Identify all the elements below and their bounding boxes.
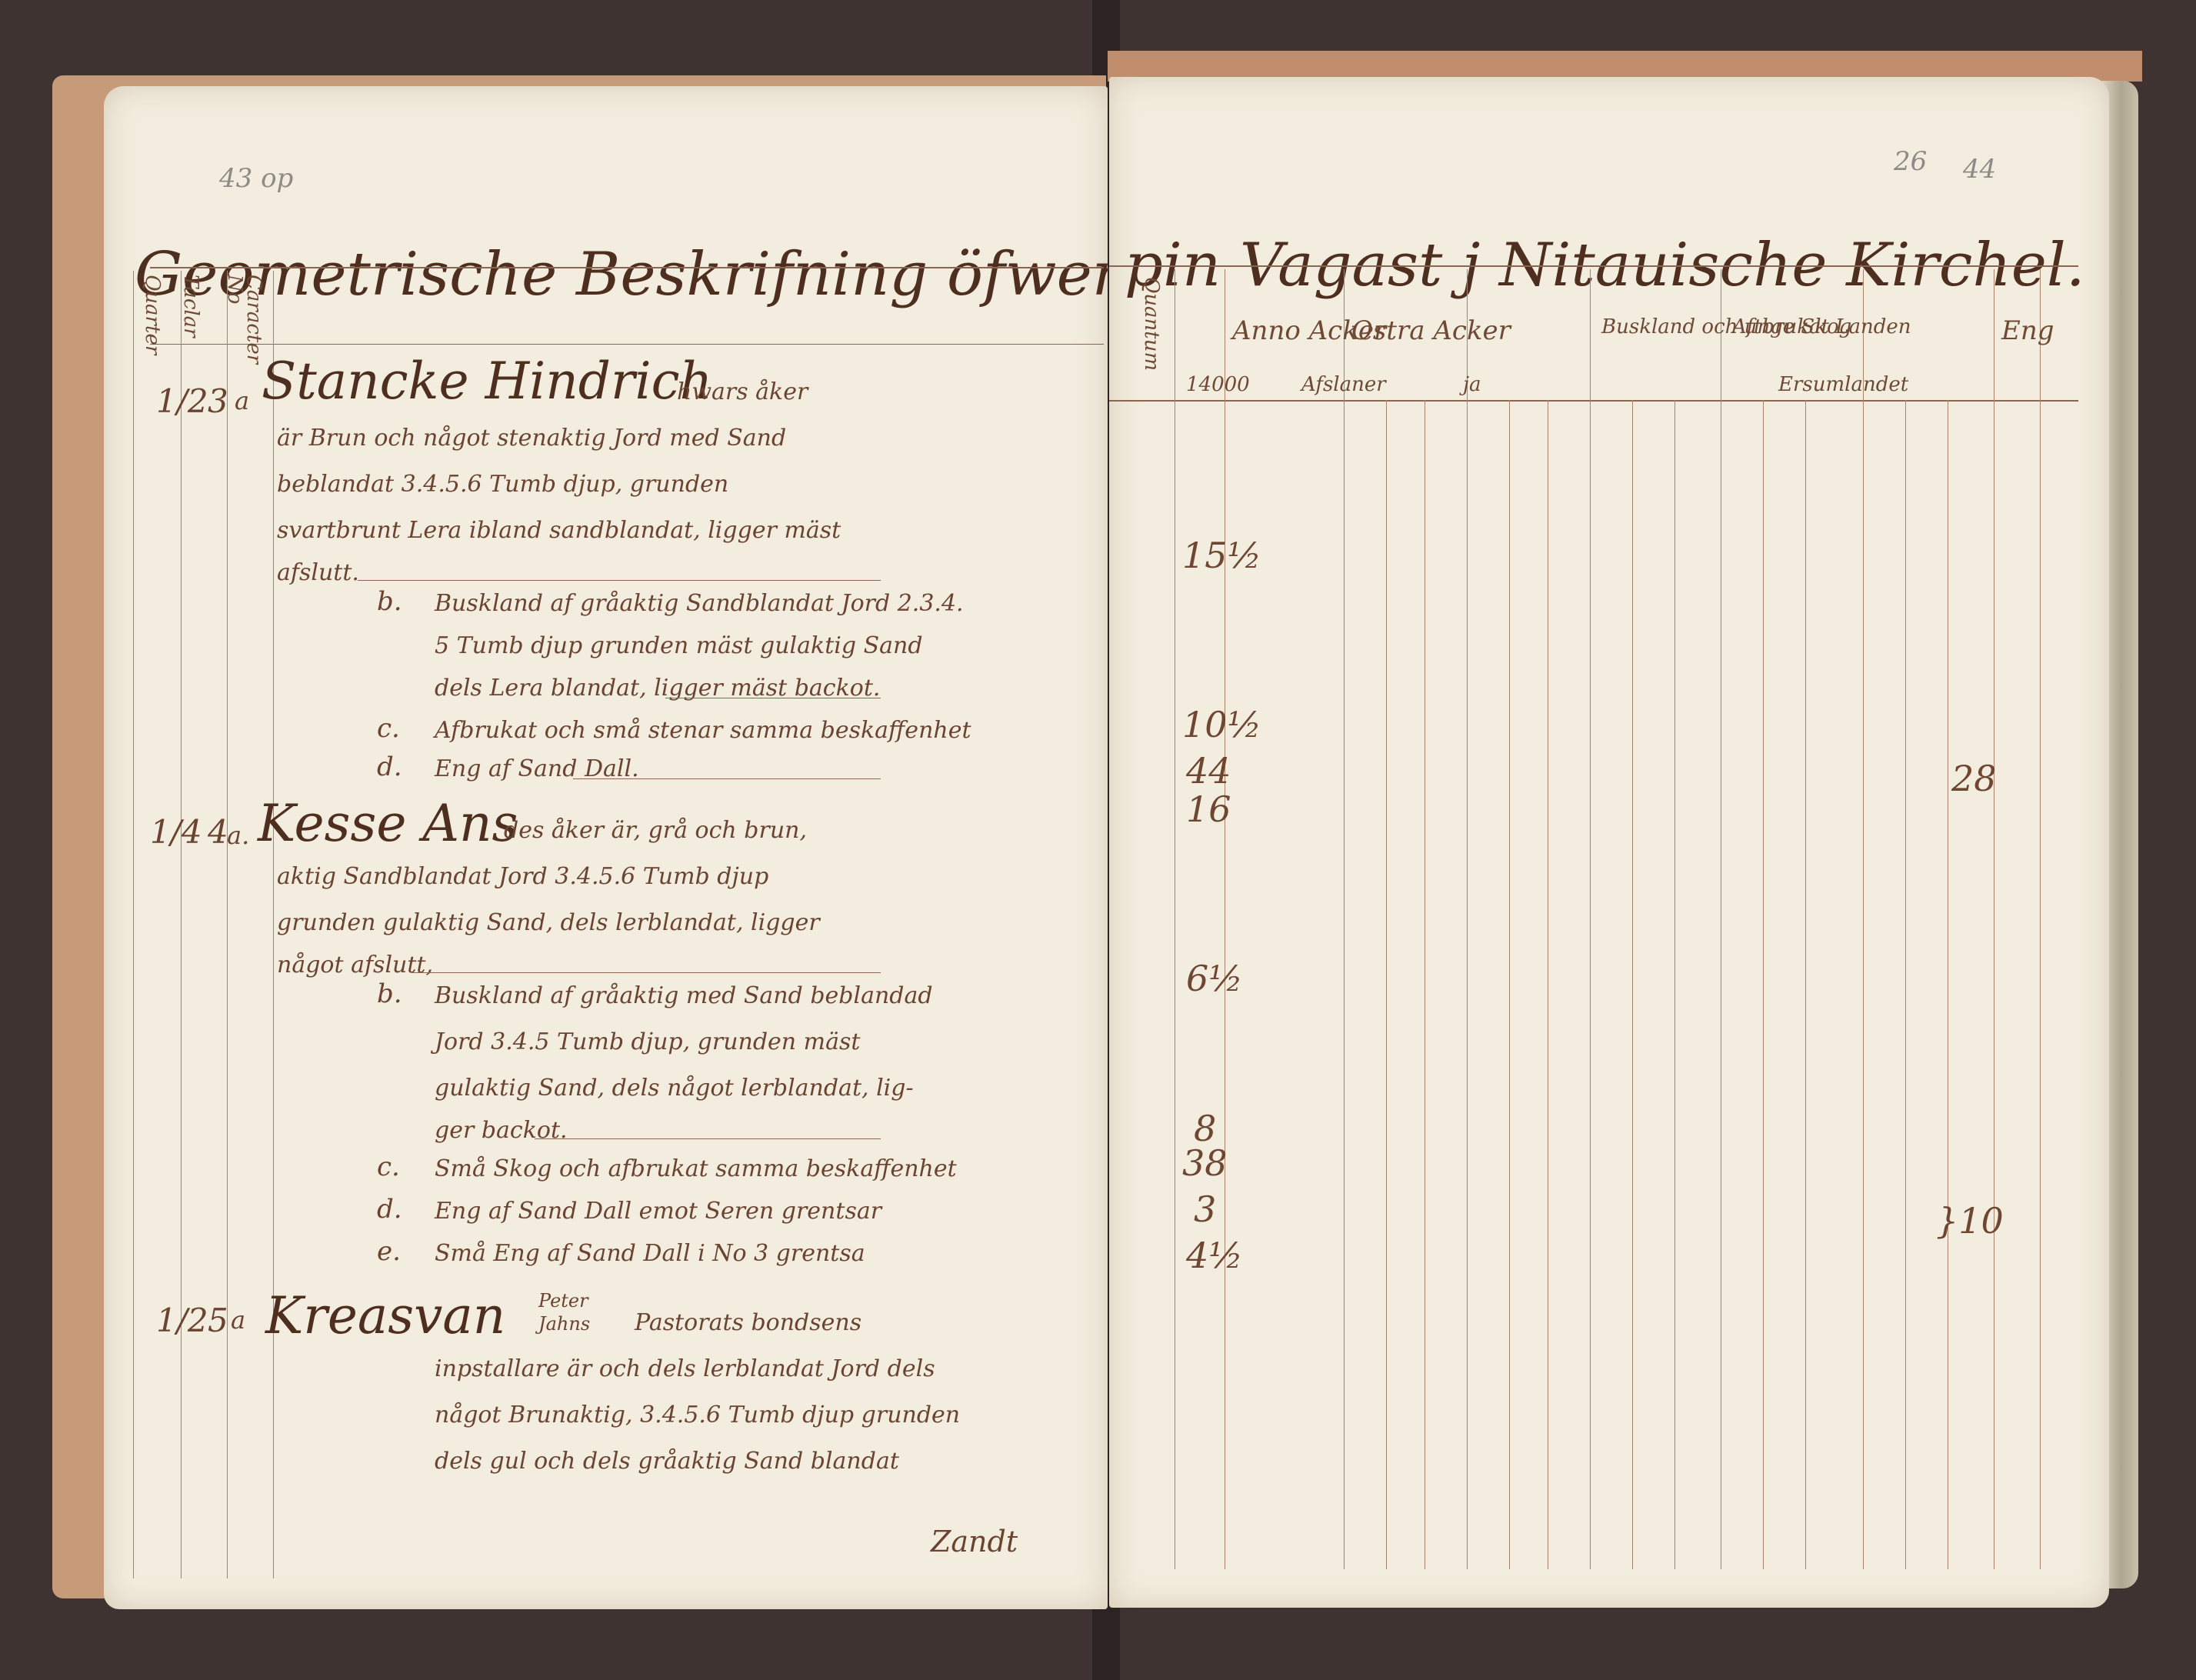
header-rule <box>150 344 1104 345</box>
column-header-ostra-acker: Ostra Acker <box>1351 315 1511 346</box>
entry-text: beblandat 3.4.5.6 Tumb djup, grunden <box>277 471 728 498</box>
entry-text: Buskland af gråaktig med Sand beblandad <box>435 982 933 1009</box>
column-line <box>1994 269 1994 1569</box>
entry-letter: a <box>231 1305 245 1335</box>
bracket-name: Peter <box>538 1290 588 1312</box>
owner-name: Kesse Ans <box>258 794 518 853</box>
entry-text: ger backot. <box>435 1117 568 1144</box>
quantum-value: 44 <box>1186 750 1231 792</box>
left-page: 43 op Geometrische Beskrifning öfwer Kap… <box>104 86 1108 1609</box>
entry-letter: b. <box>377 586 402 617</box>
entry-text: inpstallare är och dels lerblandat Jord … <box>435 1355 935 1382</box>
quantum-value: 6½ <box>1186 958 1243 999</box>
entry-text: Afbrukat och små stenar samma beskaffenh… <box>435 717 971 744</box>
column-line <box>1721 269 1721 1569</box>
column-subheader: Afslaner <box>1301 373 1386 396</box>
entry-letter: c. <box>377 713 400 744</box>
owner-name: Kreasvan <box>265 1286 505 1345</box>
owner-name: Stancke Hindrich <box>262 352 712 411</box>
column-line <box>1425 400 1425 1569</box>
entry-text: des åker är, grå och brun, <box>504 817 807 844</box>
column-line <box>1905 400 1906 1569</box>
column-header-taclar: Taclar <box>179 275 202 338</box>
signature: Zandt <box>931 1525 1018 1558</box>
quantum-value: 38 <box>1182 1142 1228 1184</box>
title-rule <box>150 267 1104 268</box>
page-title: Geometrische Beskrifning öfwer Kap- <box>135 240 1279 309</box>
column-subheader: 14000 <box>1186 373 1250 396</box>
column-line <box>1863 269 1864 1569</box>
column-header-quarter: Quarter <box>141 275 164 355</box>
eng-value: 28 <box>1951 758 1997 799</box>
entry-text: är Brun och något stenaktig Jord med San… <box>277 425 786 452</box>
column-line <box>181 271 182 1578</box>
entry-text: något Brunaktig, 3.4.5.6 Tumb djup grund… <box>435 1402 960 1428</box>
entry-text: Pastorats bondsens <box>635 1309 861 1336</box>
column-line <box>1344 269 1345 1569</box>
entry-fraction: 1/2 <box>156 1302 208 1339</box>
column-line <box>1509 400 1510 1569</box>
column-line <box>1805 400 1806 1569</box>
column-header-eng: Eng <box>2001 315 2054 346</box>
entry-rule <box>573 778 881 779</box>
entry-text: gulaktig Sand, dels något lerblandat, li… <box>435 1075 914 1102</box>
pencil-folio: 44 <box>1963 154 1996 185</box>
entry-text: afslutt. <box>277 559 359 586</box>
entry-letter: e. <box>377 1236 401 1267</box>
pencil-folio: 26 <box>1894 146 1927 177</box>
entry-fraction: 1/2 <box>156 382 208 420</box>
entry-number: 5 <box>208 1302 228 1339</box>
entry-text: dels gul och dels gråaktig Sand blandat <box>435 1448 899 1475</box>
entry-text: aktig Sandblandat Jord 3.4.5.6 Tumb djup <box>277 863 768 890</box>
column-subheader: ja <box>1463 373 1481 396</box>
column-line <box>1175 269 1175 1569</box>
entry-text: svartbrunt Lera ibland sandblandat, ligg… <box>277 517 841 544</box>
entry-text: 5 Tumb djup grunden mäst gulaktig Sand <box>435 632 923 659</box>
eng-value: }10 <box>1936 1200 2004 1242</box>
header-rule <box>1109 400 2078 402</box>
column-line <box>1632 400 1633 1569</box>
column-line <box>1386 400 1387 1569</box>
entry-rule <box>535 1138 881 1139</box>
entry-number: 4 <box>208 813 228 851</box>
entry-letter: d. <box>377 752 402 782</box>
column-header-aftbrukat: Aftbrukat Landen <box>1732 315 1911 338</box>
bracket-name: Jahns <box>538 1313 590 1335</box>
entry-text: Jord 3.4.5 Tumb djup, grunden mäst <box>435 1028 860 1055</box>
entry-letter: c. <box>377 1152 400 1182</box>
entry-text: hwars åker <box>677 378 808 405</box>
column-line <box>1225 269 1225 1569</box>
entry-text: något afslutt, <box>277 952 433 978</box>
quantum-value: 16 <box>1186 788 1231 830</box>
entry-text: Små Skog och afbrukat samma beskaffenhet <box>435 1155 957 1182</box>
column-line <box>1548 400 1548 1569</box>
entry-rule <box>412 972 881 973</box>
column-header-caracter: Caracter <box>242 275 265 364</box>
entry-letter: a. <box>227 821 249 850</box>
entry-rule <box>358 580 881 581</box>
entry-fraction: 1/4 <box>150 813 202 851</box>
title-rule <box>1109 265 2078 267</box>
column-line <box>2040 269 2041 1569</box>
entry-number: 3 <box>208 382 228 420</box>
margin-line <box>133 271 134 1578</box>
column-line <box>1467 269 1468 1569</box>
column-line <box>1763 400 1764 1569</box>
entry-text: Buskland af gråaktig Sandblandat Jord 2.… <box>435 590 964 617</box>
quantum-value: 15½ <box>1182 535 1261 576</box>
column-line <box>227 271 228 1578</box>
quantum-value: 10½ <box>1182 704 1261 745</box>
entry-text: Eng af Sand Dall emot Seren grentsar <box>435 1198 881 1225</box>
column-subheader: Ersumlandet <box>1778 373 1908 396</box>
entry-letter: d. <box>377 1194 402 1225</box>
pencil-folio: 43 op <box>219 163 293 194</box>
quantum-value: 3 <box>1194 1188 1216 1230</box>
column-line <box>1948 400 1948 1569</box>
column-line <box>1590 269 1591 1569</box>
column-line <box>273 271 274 1578</box>
quantum-value: 4½ <box>1186 1235 1243 1276</box>
entry-letter: b. <box>377 978 402 1009</box>
column-line <box>1674 400 1675 1569</box>
entry-rule <box>665 698 881 698</box>
right-page: 26 44 pin Vagast j Nitauische Kirchel. Q… <box>1109 77 2109 1608</box>
entry-letter: a <box>235 386 249 415</box>
entry-text: Små Eng af Sand Dall i No 3 grentsa <box>435 1240 865 1267</box>
column-header-quantum: Quantum <box>1140 277 1163 371</box>
entry-text: grunden gulaktig Sand, dels lerblandat, … <box>277 909 820 936</box>
